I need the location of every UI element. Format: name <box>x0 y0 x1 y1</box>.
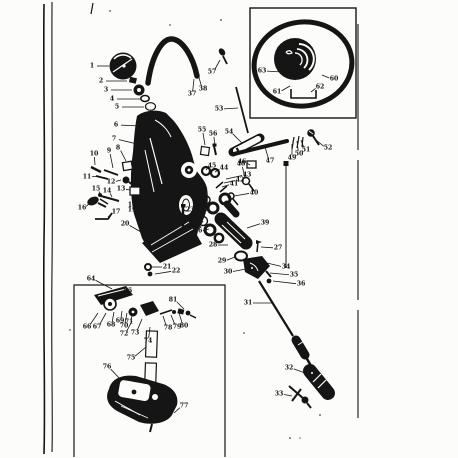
part-number-label: 14 <box>103 188 112 195</box>
part-number-label: 10 <box>90 151 99 158</box>
base-hole <box>152 394 158 400</box>
part-number-label: 7 <box>112 136 116 143</box>
part-number-label: 71 <box>125 319 134 326</box>
part-number-label: 32 <box>285 365 294 372</box>
part-number-label: 12 <box>107 179 116 186</box>
part-number-label: 45 <box>208 163 217 170</box>
part-number-label: 56 <box>209 131 218 138</box>
part-number-label: 55 <box>198 127 207 134</box>
cone-dot <box>251 267 253 269</box>
square-nut-8 <box>122 161 132 170</box>
part-number-label: 34 <box>282 264 291 271</box>
part-number-label: 9 <box>107 148 111 155</box>
part-number-label: 53 <box>215 106 224 113</box>
part-number-label: 60 <box>330 76 339 83</box>
speckle <box>299 437 300 438</box>
part-number-label: 66 <box>83 324 92 331</box>
vise-pulley-hole <box>132 311 135 314</box>
part-number-label: 31 <box>244 300 253 307</box>
part-number-label: 73 <box>131 330 140 337</box>
part-number-label: 4 <box>110 96 115 103</box>
speckle <box>243 332 244 333</box>
part-number-label: 80 <box>180 323 189 330</box>
part-number-label: 27 <box>274 245 283 252</box>
part-34 <box>261 261 265 265</box>
square-46 <box>247 161 256 168</box>
part-number-label: 38 <box>199 86 208 93</box>
part-number-label: 44 <box>220 165 229 172</box>
part-number-label: 17 <box>112 209 121 216</box>
table-nut <box>148 272 153 277</box>
part-number-label: 52 <box>324 145 333 152</box>
bolt-12-head <box>123 177 130 184</box>
part-number-label: 20 <box>121 221 130 228</box>
part-number-label: 16 <box>78 205 87 212</box>
small-pulley-hole <box>137 88 141 92</box>
part-number-label: 47 <box>266 158 275 165</box>
part-number-label: 1 <box>90 63 94 70</box>
base-window-dot <box>132 390 137 395</box>
part-number-label: 39 <box>261 220 270 227</box>
part-number-label: 57 <box>208 69 217 76</box>
part-number-label: 61 <box>273 89 282 96</box>
table-washer <box>145 264 151 270</box>
part-number-label: 30 <box>224 269 233 276</box>
part-number-label: 6 <box>114 122 118 129</box>
vise-knob-hub <box>108 302 112 306</box>
part-callout-45: 45 <box>206 163 216 171</box>
part-number-label: 40 <box>250 190 259 197</box>
exploded-parts-diagram: 1234567891011121314151617181920212223242… <box>0 0 458 458</box>
part-number-label: 15 <box>92 186 101 193</box>
depth-rod-cap <box>284 161 289 166</box>
speckle <box>289 437 291 439</box>
key-gear <box>302 397 309 404</box>
part-number-label: 24 <box>188 215 197 222</box>
part-number-label: 3 <box>104 87 108 94</box>
part-number-label: 68 <box>107 322 116 329</box>
part-number-label: 8 <box>116 145 120 152</box>
page-edge-left-inner <box>52 2 53 452</box>
part-number-label: 28 <box>209 242 218 249</box>
part-number-label: 74 <box>144 338 153 345</box>
guard-pulley <box>274 38 316 80</box>
part-number-label: 76 <box>103 364 112 371</box>
part-number-label: 64 <box>87 276 96 283</box>
part-number-label: 22 <box>172 268 181 275</box>
chuck-dot <box>311 372 313 374</box>
callout-leader <box>94 157 95 165</box>
part-number-label: 21 <box>163 264 172 271</box>
part-number-label: 77 <box>180 403 189 410</box>
head-boss-center <box>188 169 191 172</box>
vise-bit-3 <box>186 311 191 316</box>
speckle <box>109 10 111 12</box>
part-number-label: 26 <box>194 228 203 235</box>
part-number-label: 11 <box>83 174 92 181</box>
square-nut-13 <box>130 187 140 195</box>
square-55 <box>200 146 209 155</box>
part-36 <box>267 279 272 284</box>
part-number-label: 13 <box>117 186 126 193</box>
part-number-label: 19 <box>128 207 137 214</box>
vise-bit-1 <box>172 310 176 314</box>
part-number-label: 65 <box>124 288 133 295</box>
part-number-label: 63 <box>258 68 267 75</box>
part-number-label: 2 <box>99 78 103 85</box>
speckle <box>169 24 170 25</box>
part-number-label: 81 <box>169 297 178 304</box>
part-number-label: 48 <box>237 161 246 168</box>
part-number-label: 23 <box>186 207 195 214</box>
part-number-label: 62 <box>316 84 325 91</box>
speckle <box>319 414 321 416</box>
part-number-label: 35 <box>290 272 299 279</box>
speckle <box>220 19 222 21</box>
part-number-label: 36 <box>297 281 306 288</box>
part-number-label: 75 <box>127 355 136 362</box>
part-number-label: 5 <box>115 104 119 111</box>
motor-pulley-hub <box>122 64 125 67</box>
page-edge-left-outer <box>44 4 45 454</box>
table-pin-1-head <box>153 211 158 215</box>
part-number-label: 78 <box>164 325 173 332</box>
part-number-label: 72 <box>120 331 129 338</box>
part-number-label: 51 <box>302 147 311 154</box>
part-number-label: 67 <box>93 324 102 331</box>
part-number-label: 33 <box>275 391 284 398</box>
speckle <box>69 329 70 330</box>
part-number-label: 54 <box>225 129 234 136</box>
part-number-label: 37 <box>188 91 197 98</box>
part-number-label: 29 <box>218 258 227 265</box>
scanned-page: 1234567891011121314151617181920212223242… <box>0 0 458 458</box>
